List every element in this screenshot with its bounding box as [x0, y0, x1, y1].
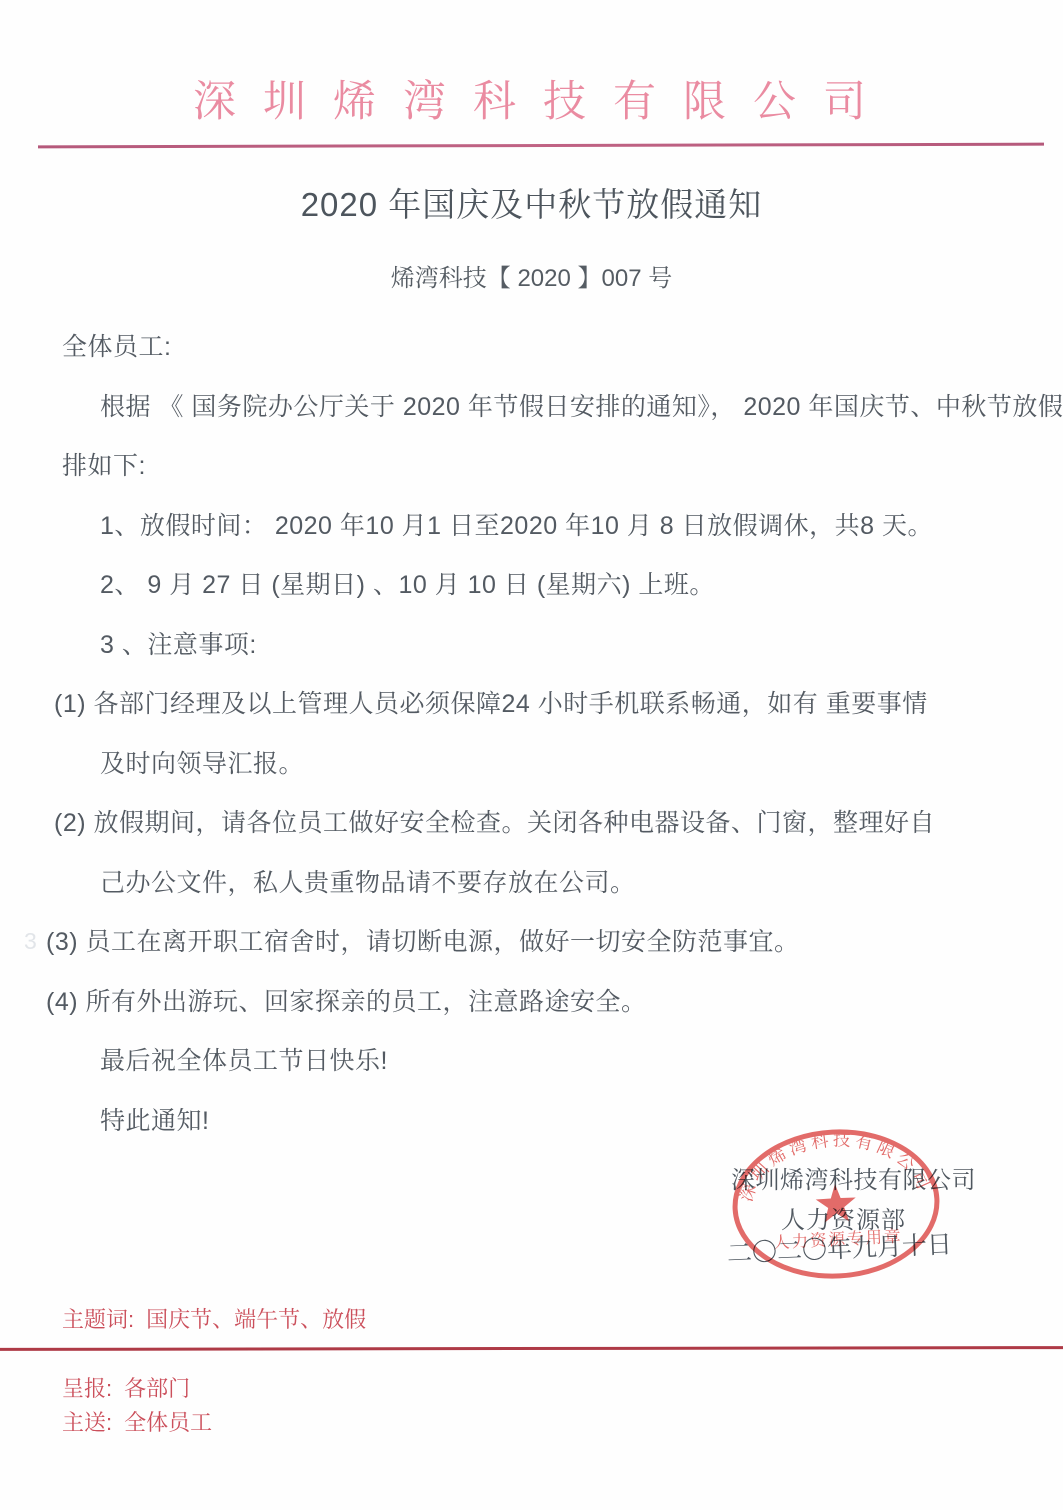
letterhead-divider-line	[38, 143, 1044, 149]
footer-divider-line	[0, 1346, 1063, 1351]
signature-date: 二〇二〇年九月十日	[726, 1225, 952, 1270]
body-line-item-2: 2、 9 月 27 日 (星期日) 、10 月 10 日 (星期六) 上班。	[62, 556, 1022, 616]
body-line-note-4: (4) 所有外出游玩、回家探亲的员工，注意路途安全。	[46, 973, 1022, 1033]
report-value: 各部门	[124, 1376, 190, 1401]
body-line-item-3: 3 、注意事项:	[62, 616, 1022, 676]
body-line-note-2: (2) 放假期间，请各位员工做好安全检查。关闭各种电器设备、门窗，整理好自	[54, 794, 1022, 854]
report-label: 呈报:	[62, 1376, 112, 1401]
holiday-notice-document: 深圳烯湾科技有限公司 2020 年国庆及中秋节放假通知 烯湾科技【 2020 】…	[0, 0, 1063, 1510]
document-number: 烯湾科技【 2020 】007 号	[0, 258, 1063, 293]
salutation-line: 全体员工:	[62, 318, 1022, 378]
closing-wish-line: 最后祝全体员工节日快乐!	[62, 1032, 1022, 1092]
notice-title: 2020 年国庆及中秋节放假通知	[0, 179, 1063, 226]
body-line: 排如下:	[62, 437, 1022, 497]
signature-company: 深圳烯湾科技有限公司	[731, 1160, 976, 1195]
send-value: 全体员工	[124, 1410, 212, 1435]
notice-body: 全体员工: 根据 《 国务院办公厅关于 2020 年节假日安排的通知》， 202…	[62, 318, 1022, 1151]
send-label: 主送:	[62, 1410, 112, 1435]
closing-notice-line: 特此通知!	[62, 1092, 1022, 1152]
body-line-note-3: (3) 员工在离开职工宿舍时，请切断电源，做好一切安全防范事宜。	[46, 913, 1022, 973]
keywords-value: 国庆节、端午节、放假	[146, 1307, 366, 1332]
body-line-item-1: 1、放假时间： 2020 年10 月1 日至2020 年10 月 8 日放假调休…	[62, 497, 1022, 557]
keywords-label: 主题词:	[62, 1307, 134, 1332]
body-line-note-1: (1) 各部门经理及以上管理人员必须保障24 小时手机联系畅通，如有 重要事情	[54, 675, 1022, 735]
footer-keywords-row: 主题词:国庆节、端午节、放假	[62, 1303, 366, 1334]
company-letterhead: 深圳烯湾科技有限公司	[193, 68, 893, 129]
scan-artifact-mark: 3	[24, 928, 37, 955]
footer-report-row: 呈报:各部门	[62, 1372, 190, 1403]
body-line: 根据 《 国务院办公厅关于 2020 年节假日安排的通知》， 2020 年国庆节…	[62, 378, 1022, 438]
body-line: 及时向领导汇报。	[62, 735, 1022, 795]
body-line: 己办公文件，私人贵重物品请不要存放在公司。	[62, 854, 1022, 914]
footer-send-row: 主送:全体员工	[62, 1406, 212, 1437]
